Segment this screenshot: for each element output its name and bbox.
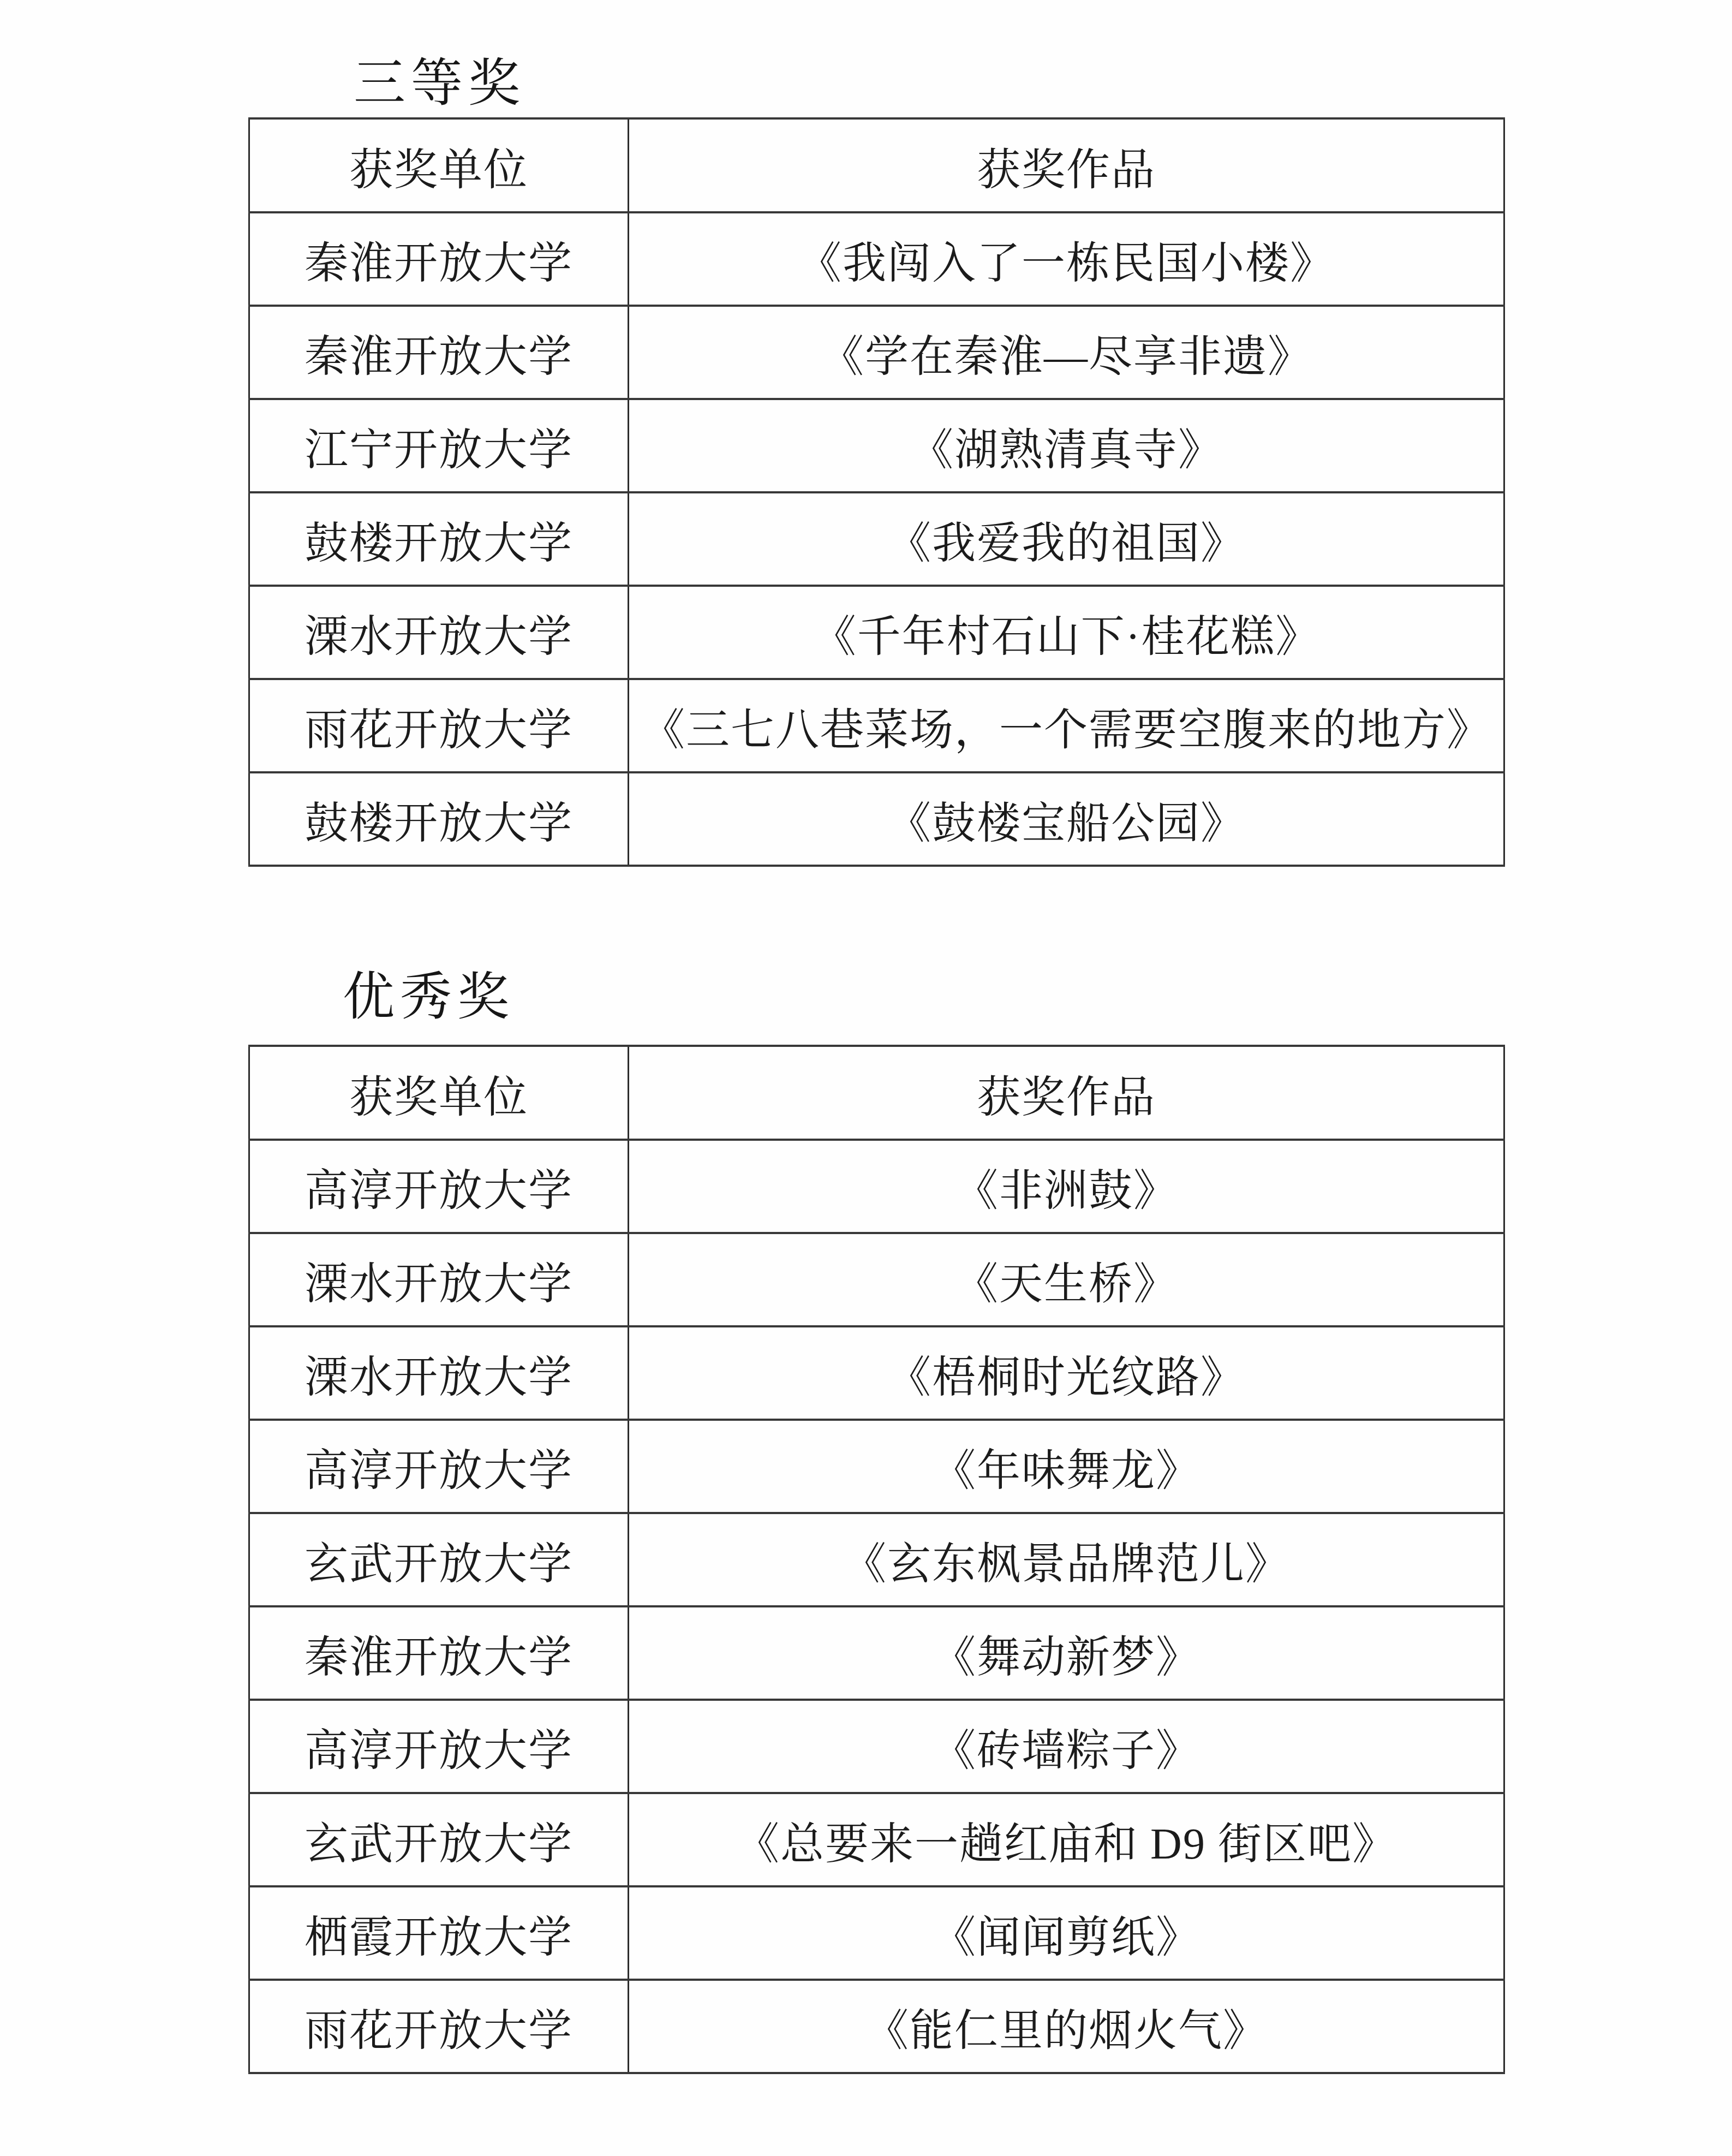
section-title-excellence-award: 优秀奖: [343, 972, 515, 1023]
unit-cell: 高淳开放大学: [249, 1700, 629, 1793]
table-row: 秦淮开放大学 《我闯入了一栋民国小楼》: [249, 212, 1504, 306]
work-cell: 《我爱我的祖国》: [629, 492, 1504, 586]
unit-cell: 秦淮开放大学: [249, 212, 629, 306]
table-row: 高淳开放大学 《砖墙粽子》: [249, 1700, 1504, 1793]
table-row: 栖霞开放大学 《闻闻剪纸》: [249, 1886, 1504, 1980]
third-prize-table: 获奖单位 获奖作品 秦淮开放大学 《我闯入了一栋民国小楼》 秦淮开放大学 《学在…: [248, 117, 1505, 867]
work-cell: 《闻闻剪纸》: [629, 1886, 1504, 1980]
unit-cell: 溧水开放大学: [249, 1326, 629, 1420]
work-cell: 《能仁里的烟火气》: [629, 1980, 1504, 2073]
work-cell: 《鼓楼宝船公园》: [629, 772, 1504, 866]
work-cell: 《我闯入了一栋民国小楼》: [629, 212, 1504, 306]
table-row: 雨花开放大学 《三七八巷菜场，一个需要空腹来的地方》: [249, 679, 1504, 772]
table-row: 高淳开放大学 《非洲鼓》: [249, 1140, 1504, 1233]
work-cell: 《非洲鼓》: [629, 1140, 1504, 1233]
unit-cell: 栖霞开放大学: [249, 1886, 629, 1980]
unit-cell: 雨花开放大学: [249, 1980, 629, 2073]
section-title-third-prize: 三等奖: [354, 58, 525, 110]
work-cell: 《玄东枫景品牌范儿》: [629, 1513, 1504, 1606]
unit-cell: 高淳开放大学: [249, 1140, 629, 1233]
table-header-row: 获奖单位 获奖作品: [249, 118, 1504, 212]
unit-cell: 玄武开放大学: [249, 1513, 629, 1606]
table-row: 玄武开放大学 《玄东枫景品牌范儿》: [249, 1513, 1504, 1606]
table-row: 雨花开放大学 《能仁里的烟火气》: [249, 1980, 1504, 2073]
table-row: 高淳开放大学 《年味舞龙》: [249, 1420, 1504, 1513]
table-row: 秦淮开放大学 《舞动新梦》: [249, 1606, 1504, 1700]
table-row: 鼓楼开放大学 《鼓楼宝船公园》: [249, 772, 1504, 866]
work-cell: 《舞动新梦》: [629, 1606, 1504, 1700]
unit-cell: 鼓楼开放大学: [249, 492, 629, 586]
excellence-award-table: 获奖单位 获奖作品 高淳开放大学 《非洲鼓》 溧水开放大学 《天生桥》 溧水开放…: [248, 1045, 1505, 2074]
column-header-unit: 获奖单位: [249, 1046, 629, 1140]
unit-cell: 江宁开放大学: [249, 399, 629, 492]
table-row: 溧水开放大学 《千年村石山下·桂花糕》: [249, 586, 1504, 679]
work-cell: 《湖熟清真寺》: [629, 399, 1504, 492]
work-cell: 《梧桐时光纹路》: [629, 1326, 1504, 1420]
work-cell: 《砖墙粽子》: [629, 1700, 1504, 1793]
column-header-work: 获奖作品: [629, 118, 1504, 212]
work-cell: 《年味舞龙》: [629, 1420, 1504, 1513]
column-header-unit: 获奖单位: [249, 118, 629, 212]
work-cell: 《天生桥》: [629, 1233, 1504, 1326]
unit-cell: 高淳开放大学: [249, 1420, 629, 1513]
work-cell: 《三七八巷菜场，一个需要空腹来的地方》: [629, 679, 1504, 772]
table-row: 鼓楼开放大学 《我爱我的祖国》: [249, 492, 1504, 586]
work-cell: 《总要来一趟红庙和 D9 街区吧》: [629, 1793, 1504, 1886]
work-cell: 《千年村石山下·桂花糕》: [629, 586, 1504, 679]
unit-cell: 秦淮开放大学: [249, 306, 629, 399]
unit-cell: 鼓楼开放大学: [249, 772, 629, 866]
work-cell: 《学在秦淮—尽享非遗》: [629, 306, 1504, 399]
column-header-work: 获奖作品: [629, 1046, 1504, 1140]
unit-cell: 玄武开放大学: [249, 1793, 629, 1886]
unit-cell: 溧水开放大学: [249, 586, 629, 679]
unit-cell: 溧水开放大学: [249, 1233, 629, 1326]
table-row: 溧水开放大学 《梧桐时光纹路》: [249, 1326, 1504, 1420]
unit-cell: 秦淮开放大学: [249, 1606, 629, 1700]
table-row: 江宁开放大学 《湖熟清真寺》: [249, 399, 1504, 492]
table-header-row: 获奖单位 获奖作品: [249, 1046, 1504, 1140]
table-row: 溧水开放大学 《天生桥》: [249, 1233, 1504, 1326]
unit-cell: 雨花开放大学: [249, 679, 629, 772]
document-page: 三等奖 获奖单位 获奖作品 秦淮开放大学 《我闯入了一栋民国小楼》 秦淮开放大学…: [0, 0, 1732, 2156]
table-row: 玄武开放大学 《总要来一趟红庙和 D9 街区吧》: [249, 1793, 1504, 1886]
table-row: 秦淮开放大学 《学在秦淮—尽享非遗》: [249, 306, 1504, 399]
